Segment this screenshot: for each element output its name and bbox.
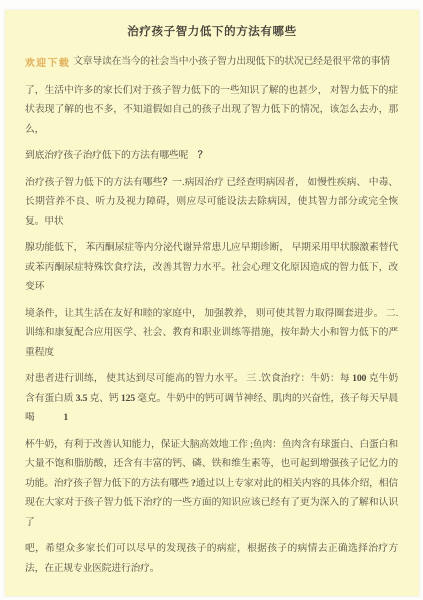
text-segment: 治疗孩子智力低下的方法有哪些 [25,177,162,188]
paragraph: 了，生活中许多的家长们对于孩子智力低下的一些知识了解的也甚少， 对智力低下的症状… [25,81,398,140]
paragraph: 杯牛奶，有利于改善认知能力，保证大脑高效地工作 ;鱼肉：鱼肉含有球蛋白、白蛋白和… [25,435,398,533]
page-title: 治疗孩子智力低下的方法有哪些 [23,23,401,39]
screenshot-root: { "doc": { "title": "治疗孩子智力低下的方法有哪些", "w… [0,0,423,600]
bold-text-segment: ？ [162,177,172,188]
paragraph: 境条件，让其生活在友好和睦的家庭中， 加强教养， 则可使其智力取得圈套进步。 二… [25,304,398,363]
text-segment: 克、钙 [87,393,121,404]
text-segment: 对患者进行训练， 使其达到尽可能高的智力水平。 三 .饮食治疗：牛奶：每 [25,373,352,384]
bold-text-segment: 1 [63,412,68,423]
text-segment: 吧，希望众多家长们可以尽早的发现孩子的病症，根据孩子的病情去正确选择治疗方法，在… [25,543,398,574]
text-segment: 到底治疗孩子治疗低下的方法有哪些呢 [25,150,198,161]
bold-text-segment: 3.5 [76,393,88,404]
watermark-welcome-download: 欢迎下载 [25,58,70,69]
paragraph: 欢迎下载文章导读在当今的社会当中小孩子智力出现低下的状况已经是很平常的事情 [25,52,398,74]
paragraph: 治疗孩子智力低下的方法有哪些？一.病因治疗 已经查明病因者， 如慢性疾病、 中毒… [25,173,398,232]
bold-text-segment: 100 [352,373,366,384]
paragraph: 对患者进行训练， 使其达到尽可能高的智力水平。 三 .饮食治疗：牛奶：每 100… [25,369,398,428]
paragraph: 到底治疗孩子治疗低下的方法有哪些呢 ？ [25,146,398,166]
text-segment: 文章导读在当今的社会当中小孩子智力出现低下的状况已经是很平常的事情 [73,56,390,67]
bold-text-segment: 125 [121,393,135,404]
paragraph: 腺功能低下， 苯丙酮尿症等内分泌代谢异常患儿应早期诊断， 早期采用甲状腺激素替代… [25,238,398,297]
text-segment: 境条件，让其生活在友好和睦的家庭中， 加强教养， 则可使其智力取得圈套进步。 二… [25,308,398,358]
document-body: 欢迎下载文章导读在当今的社会当中小孩子智力出现低下的状况已经是很平常的事情了，生… [5,52,419,578]
text-segment: 了，生活中许多的家长们对于孩子智力低下的一些知识了解的也甚少， 对智力低下的症状… [25,85,398,135]
paragraph: 吧，希望众多家长们可以尽早的发现孩子的病症，根据孩子的病情去正确选择治疗方法，在… [25,539,398,578]
bold-text-segment: ？ [198,150,208,161]
text-segment: 腺功能低下， 苯丙酮尿症等内分泌代谢异常患儿应早期诊断， 早期采用甲状腺激素替代… [25,242,398,292]
document-page: 治疗孩子智力低下的方法有哪些 欢迎下载文章导读在当今的社会当中小孩子智力出现低下… [5,10,419,596]
